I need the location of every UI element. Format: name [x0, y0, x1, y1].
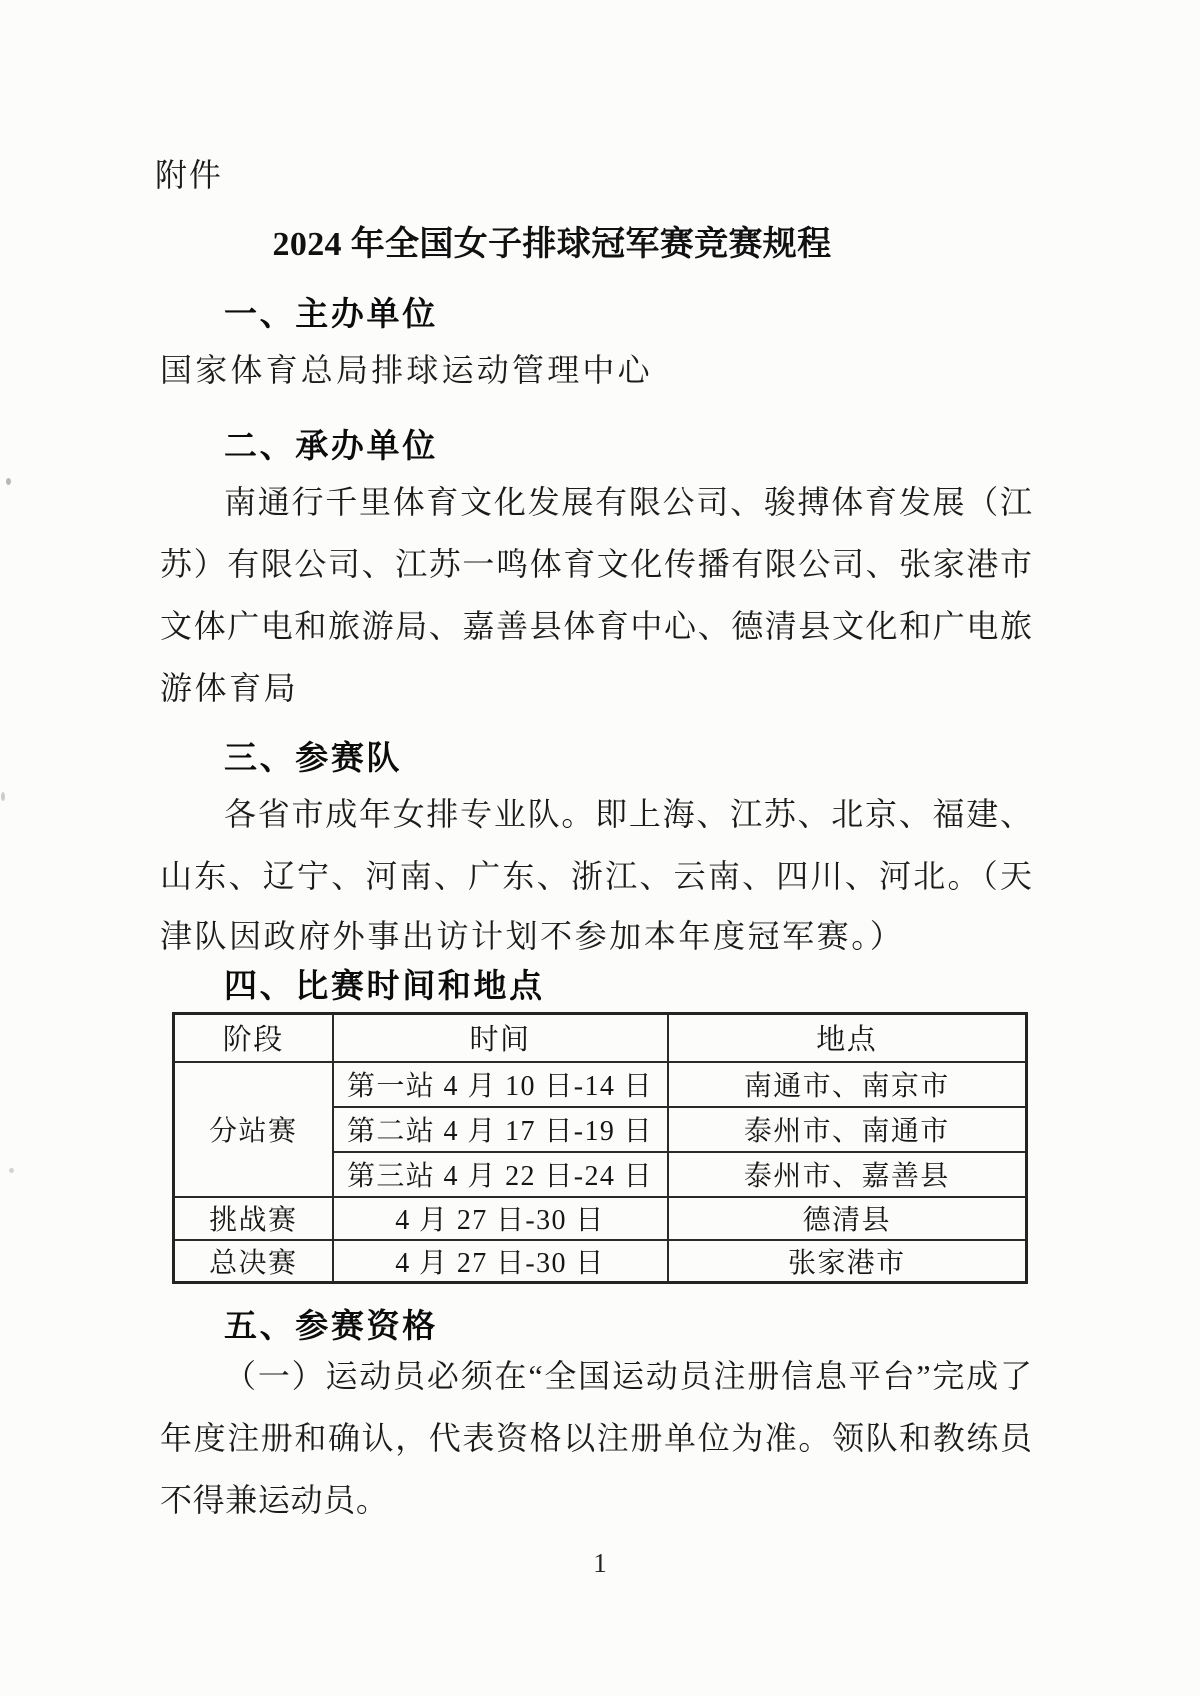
section-2-line-4: 游体育局: [160, 668, 1032, 708]
section-3-line-3: 津队因政府外事出访计划不参加本年度冠军赛。）: [160, 916, 1032, 956]
time-column-header: 时间: [333, 1014, 668, 1062]
section-3-line-2: 山东、辽宁、河南、广东、浙江、云南、四川、河北。（天: [160, 856, 1032, 896]
stage-cell: 分站赛: [174, 1062, 333, 1197]
document-page: 附件 2024 年全国女子排球冠军赛竞赛规程 一、主办单位 国家体育总局排球运动…: [0, 0, 1200, 1696]
section-5-line-3: 不得兼运动员。: [160, 1480, 1032, 1520]
section-3-line-1: 各省市成年女排专业队。即上海、江苏、北京、福建、: [160, 794, 1032, 834]
attachment-label: 附件: [155, 150, 223, 196]
location-cell: 德清县: [668, 1197, 1027, 1240]
time-cell: 4 月 27 日-30 日: [333, 1240, 668, 1283]
section-2-line-3: 文体广电和旅游局、嘉善县体育中心、德清县文化和广电旅: [160, 606, 1032, 646]
schedule-header-row: 阶段 时间 地点: [174, 1014, 1027, 1062]
section-5-line-2: 年度注册和确认，代表资格以注册单位为准。领队和教练员: [160, 1418, 1032, 1458]
section-5-heading: 五、参赛资格: [160, 1300, 1032, 1347]
stage-cell: 挑战赛: [174, 1197, 333, 1240]
location-column-header: 地点: [668, 1014, 1027, 1062]
page-number: 1: [0, 1548, 1200, 1579]
table-row-station-1: 分站赛 第一站 4 月 10 日-14 日 南通市、南京市: [174, 1062, 1027, 1107]
stage-cell: 总决赛: [174, 1240, 333, 1283]
section-1-line-1: 国家体育总局排球运动管理中心: [160, 350, 1032, 390]
scan-artifact: [6, 478, 11, 485]
location-cell: 南通市、南京市: [668, 1062, 1027, 1107]
section-2-heading: 二、承办单位: [160, 420, 1032, 467]
section-4-heading: 四、比赛时间和地点: [160, 960, 1032, 1007]
scan-artifact: [9, 1168, 14, 1173]
table-row-final: 总决赛 4 月 27 日-30 日 张家港市: [174, 1240, 1027, 1283]
time-cell: 第一站 4 月 10 日-14 日: [333, 1062, 668, 1107]
section-2-line-2: 苏）有限公司、江苏一鸣体育文化传播有限公司、张家港市: [160, 544, 1032, 584]
time-cell: 第二站 4 月 17 日-19 日: [333, 1107, 668, 1152]
stage-column-header: 阶段: [174, 1014, 333, 1062]
location-cell: 泰州市、嘉善县: [668, 1152, 1027, 1197]
table-row-challenge: 挑战赛 4 月 27 日-30 日 德清县: [174, 1197, 1027, 1240]
time-cell: 第三站 4 月 22 日-24 日: [333, 1152, 668, 1197]
section-1-heading: 一、主办单位: [160, 288, 1032, 335]
document-title: 2024 年全国女子排球冠军赛竞赛规程: [160, 216, 1032, 265]
time-cell: 4 月 27 日-30 日: [333, 1197, 668, 1240]
scan-artifact: [1, 792, 5, 801]
section-5-line-1: （一）运动员必须在“全国运动员注册信息平台”完成了: [160, 1356, 1032, 1396]
location-cell: 张家港市: [668, 1240, 1027, 1283]
location-cell: 泰州市、南通市: [668, 1107, 1027, 1152]
section-3-heading: 三、参赛队: [160, 732, 1032, 779]
schedule-table: 阶段 时间 地点 分站赛 第一站 4 月 10 日-14 日 南通市、南京市 第…: [172, 1012, 1028, 1284]
section-2-line-1: 南通行千里体育文化发展有限公司、骏搏体育发展（江: [160, 482, 1032, 522]
